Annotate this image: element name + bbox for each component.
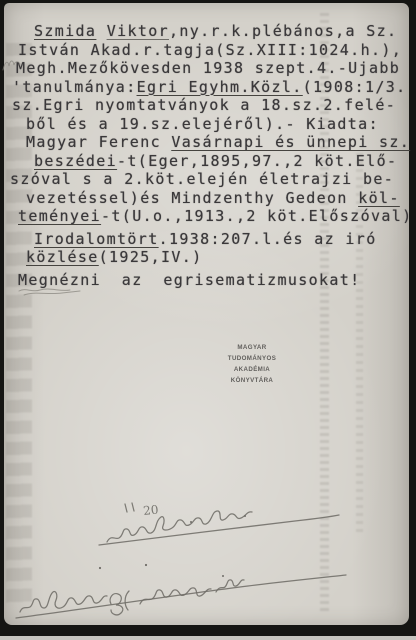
typed-text: Irodalomtört bbox=[34, 230, 159, 248]
typed-text: István Akad.r.tagja(Sz.XIII:1024.h.), bbox=[18, 41, 402, 59]
typed-line: Irodalomtört.1938:207.l.és az iró bbox=[34, 230, 414, 249]
typed-line: Megh.Mezőkövesden 1938 szept.4.-Ujabb bbox=[16, 59, 414, 78]
handwritten-note-lower bbox=[8, 562, 353, 622]
scanned-catalog-card-photo: { "document": { "type": "typewritten lib… bbox=[0, 0, 416, 640]
stamp-line-3: KÖNYVTÁRA bbox=[218, 375, 286, 386]
typed-line: vezetéssel)és Mindzenthy Gedeon köl- bbox=[26, 189, 414, 208]
typed-text: ből és a 19.sz.elejéről).- Kiadta: bbox=[26, 115, 379, 133]
typed-line: 'tanulmánya:Egri Egyhm.Közl.(1908:1/3. bbox=[12, 78, 414, 97]
typed-text: Szmida bbox=[34, 22, 96, 40]
typed-text: 'tanulmánya: bbox=[12, 78, 137, 96]
typed-text: beszédei bbox=[34, 152, 117, 170]
typed-text: közlése bbox=[26, 248, 99, 266]
typed-text: Viktor bbox=[107, 22, 169, 40]
typed-text: sz.Egri nyomtatványok a 18.sz.2.felé- bbox=[12, 96, 396, 114]
library-stamp: MAGYAR TUDOMÁNYOS AKADÉMIA KÖNYVTÁRA bbox=[218, 342, 286, 386]
typed-text: -t(Eger,1895,97.,2 köt.Elő- bbox=[117, 152, 397, 170]
typed-line: Szmida Viktor,ny.r.k.plébános,a Sz. bbox=[34, 22, 414, 41]
typed-text: teményei bbox=[18, 207, 101, 225]
stamp-line-2: TUDOMÁNYOS AKADÉMIA bbox=[218, 353, 286, 375]
typed-text: vezetéssel)és Mindzenthy Gedeon bbox=[26, 189, 358, 207]
typed-text: ,ny.r.k.plébános,a Sz. bbox=[169, 22, 397, 40]
typed-line: teményei-t(U.o.,1913.,2 köt.Előszóval) bbox=[18, 207, 414, 226]
typed-text bbox=[96, 22, 106, 40]
typed-text: köl- bbox=[358, 189, 400, 207]
stamp-line-1: MAGYAR bbox=[218, 342, 286, 353]
typed-text: -t(U.o.,1913.,2 köt.Előszóval) bbox=[101, 207, 412, 225]
typed-line: István Akad.r.tagja(Sz.XIII:1024.h.), bbox=[18, 41, 414, 60]
typed-text: .1938:207.l.és az iró bbox=[159, 230, 377, 248]
typed-text: szóval s a 2.köt.elején életrajzi be- bbox=[10, 170, 394, 188]
typed-line: sz.Egri nyomtatványok a 18.sz.2.felé- bbox=[12, 96, 414, 115]
typed-text: (1908:1/3. bbox=[303, 78, 407, 96]
typed-text: Magyar Ferenc bbox=[26, 133, 171, 151]
typed-text: (1925,IV.) bbox=[99, 248, 203, 266]
typed-line: közlése(1925,IV.) bbox=[26, 248, 414, 267]
scan-edge-strip bbox=[0, 636, 416, 640]
svg-text:20: 20 bbox=[143, 502, 160, 518]
handwritten-note-upper: 20 bbox=[95, 492, 345, 554]
typed-text: Egri Egyhm.Közl. bbox=[137, 78, 303, 96]
catalog-card: Szmida Viktor,ny.r.k.plébános,a Sz.Istvá… bbox=[4, 3, 409, 625]
typed-text: Vasárnapi és ünnepi sz. bbox=[171, 133, 410, 151]
pencil-margin-squiggle bbox=[2, 53, 24, 75]
typed-line: beszédei-t(Eger,1895,97.,2 köt.Elő- bbox=[34, 152, 414, 171]
typed-text-block: Szmida Viktor,ny.r.k.plébános,a Sz.Istvá… bbox=[14, 22, 414, 289]
typed-text: Megh.Mezőkövesden 1938 szept.4.-Ujabb bbox=[16, 59, 400, 77]
typed-line: Magyar Ferenc Vasárnapi és ünnepi sz. bbox=[26, 133, 414, 152]
typed-line: szóval s a 2.köt.elején életrajzi be- bbox=[10, 170, 414, 189]
typed-line: ből és a 19.sz.elejéről).- Kiadta: bbox=[26, 115, 414, 134]
typed-text: az egrisematizmusokat! bbox=[101, 271, 361, 289]
pencil-underline-megnezni bbox=[18, 285, 84, 297]
